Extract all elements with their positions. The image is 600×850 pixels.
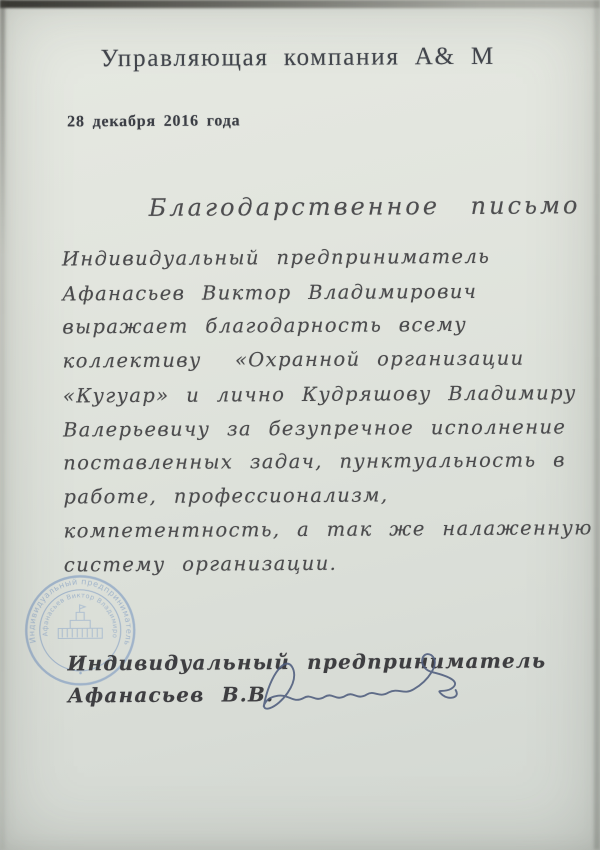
body-line: работе, профессионализм, xyxy=(63,483,388,508)
body-line: Афанасьев Виктор Владимирович xyxy=(62,280,477,306)
body-line: коллективу «Охранной организации xyxy=(63,347,525,373)
date-line: 28 декабря 2016 года xyxy=(67,112,240,131)
letter-title: Благодарственное письмо xyxy=(149,191,581,222)
body-line: Индивидуальный предприниматель xyxy=(62,245,490,271)
body-line: «Кугуар» и лично Кудряшову Владимиру xyxy=(63,381,577,407)
photo-left-edge-shadow xyxy=(0,0,5,850)
building-emblem-icon xyxy=(58,605,102,639)
letter-page: Управляющая компания А& М 28 декабря 201… xyxy=(0,0,600,850)
body-line: выражает благодарность всему xyxy=(62,313,467,338)
body-line: компетентность, а так же налаженную xyxy=(64,516,593,542)
photo-background: Управляющая компания А& М 28 декабря 201… xyxy=(0,0,600,850)
company-header: Управляющая компания А& М xyxy=(0,42,598,74)
body-line: Валерьевичу за безупречное исполнение xyxy=(63,415,566,441)
body-line: поставленных задач, пунктуальность в xyxy=(63,448,566,474)
photo-top-edge-shadow xyxy=(0,0,600,8)
handwritten-signature xyxy=(217,625,480,729)
photo-right-edge-shadow xyxy=(594,0,600,850)
